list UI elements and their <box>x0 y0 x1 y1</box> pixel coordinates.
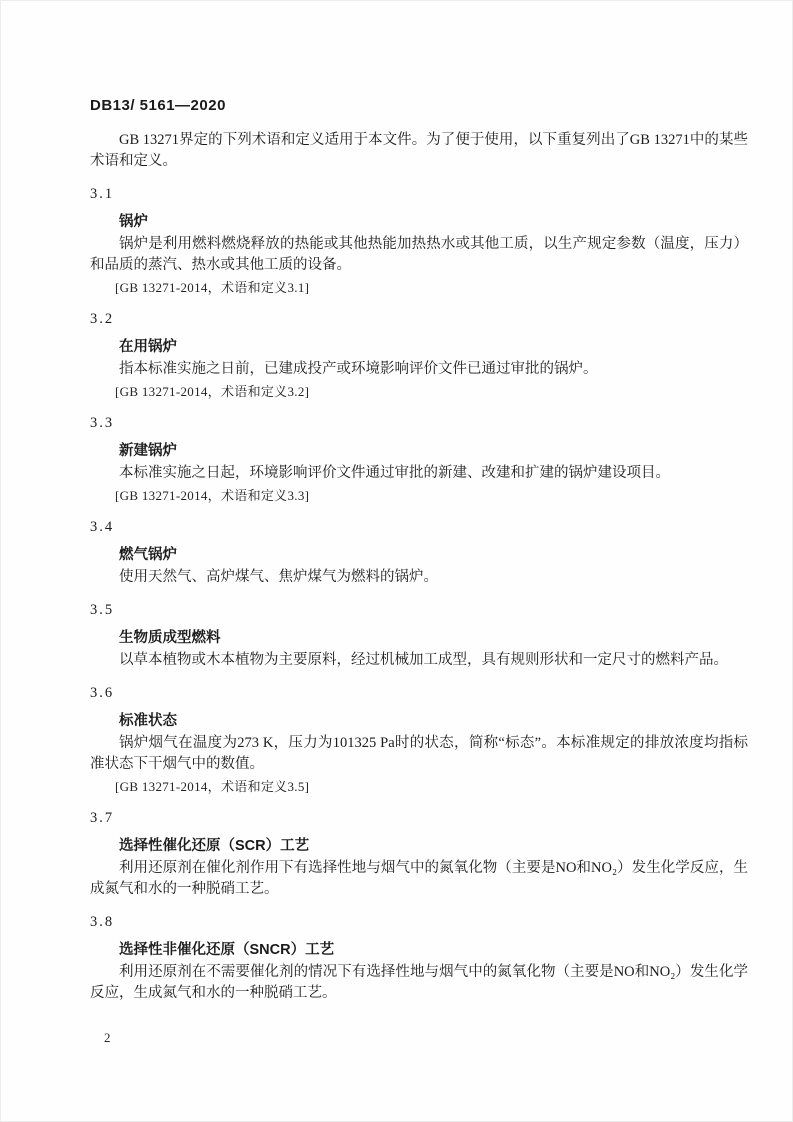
section-number: 3.7 <box>90 808 748 829</box>
source-reference: [GB 13271-2014，术语和定义3.2] <box>115 382 748 401</box>
term-definition: 锅炉是利用燃料燃烧释放的热能或其他热能加热热水或其他工质，以生产规定参数（温度，… <box>90 234 748 276</box>
document-page: DB13/ 5161—2020 GB 13271界定的下列术语和定义适用于本文件… <box>0 0 793 1122</box>
term-definition: 利用还原剂在不需要催化剂的情况下有选择性地与烟气中的氮氧化物（主要是NO和NO₂… <box>90 962 748 1004</box>
term-section-3-6: 3.6 标准状态 锅炉烟气在温度为273 K，压力为101325 Pa时的状态，… <box>90 683 748 796</box>
term-title: 锅炉 <box>119 212 748 233</box>
page-number: 2 <box>104 1030 111 1046</box>
term-definition: 利用还原剂在催化剂作用下有选择性地与烟气中的氮氧化物（主要是NO和NO₂）发生化… <box>90 858 748 900</box>
section-number: 3.6 <box>90 683 748 704</box>
section-number: 3.2 <box>90 309 748 330</box>
document-header: DB13/ 5161—2020 <box>90 96 748 116</box>
section-number: 3.1 <box>90 184 748 205</box>
term-section-3-7: 3.7 选择性催化还原（SCR）工艺 利用还原剂在催化剂作用下有选择性地与烟气中… <box>90 808 748 900</box>
section-number: 3.3 <box>90 413 748 434</box>
term-section-3-3: 3.3 新建锅炉 本标准实施之日起，环境影响评价文件通过审批的新建、改建和扩建的… <box>90 413 748 505</box>
term-section-3-4: 3.4 燃气锅炉 使用天然气、高炉煤气、焦炉煤气为燃料的锅炉。 <box>90 517 748 588</box>
term-definition: 锅炉烟气在温度为273 K，压力为101325 Pa时的状态，简称“标态”。本标… <box>90 733 748 775</box>
source-reference: [GB 13271-2014，术语和定义3.5] <box>115 777 748 796</box>
term-title: 燃气锅炉 <box>119 545 748 566</box>
term-definition: 指本标准实施之日前，已建成投产或环境影响评价文件已通过审批的锅炉。 <box>90 359 748 380</box>
term-section-3-5: 3.5 生物质成型燃料 以草本植物或木本植物为主要原料，经过机械加工成型，具有规… <box>90 600 748 671</box>
section-number: 3.5 <box>90 600 748 621</box>
source-reference: [GB 13271-2014，术语和定义3.3] <box>115 486 748 505</box>
intro-paragraph: GB 13271界定的下列术语和定义适用于本文件。为了便于使用，以下重复列出了G… <box>90 130 748 172</box>
term-title: 生物质成型燃料 <box>119 628 748 649</box>
term-definition: 以草本植物或木本植物为主要原料，经过机械加工成型，具有规则形状和一定尺寸的燃料产… <box>90 650 748 671</box>
section-number: 3.4 <box>90 517 748 538</box>
section-number: 3.8 <box>90 912 748 933</box>
term-title: 在用锅炉 <box>119 337 748 358</box>
term-title: 选择性催化还原（SCR）工艺 <box>119 836 748 857</box>
term-title: 新建锅炉 <box>119 441 748 462</box>
source-reference: [GB 13271-2014，术语和定义3.1] <box>115 278 748 297</box>
term-definition: 使用天然气、高炉煤气、焦炉煤气为燃料的锅炉。 <box>90 567 748 588</box>
term-section-3-1: 3.1 锅炉 锅炉是利用燃料燃烧释放的热能或其他热能加热热水或其他工质，以生产规… <box>90 184 748 297</box>
term-section-3-2: 3.2 在用锅炉 指本标准实施之日前，已建成投产或环境影响评价文件已通过审批的锅… <box>90 309 748 401</box>
term-title: 标准状态 <box>119 711 748 732</box>
term-section-3-8: 3.8 选择性非催化还原（SNCR）工艺 利用还原剂在不需要催化剂的情况下有选择… <box>90 912 748 1004</box>
term-definition: 本标准实施之日起，环境影响评价文件通过审批的新建、改建和扩建的锅炉建设项目。 <box>90 463 748 484</box>
term-title: 选择性非催化还原（SNCR）工艺 <box>119 940 748 961</box>
